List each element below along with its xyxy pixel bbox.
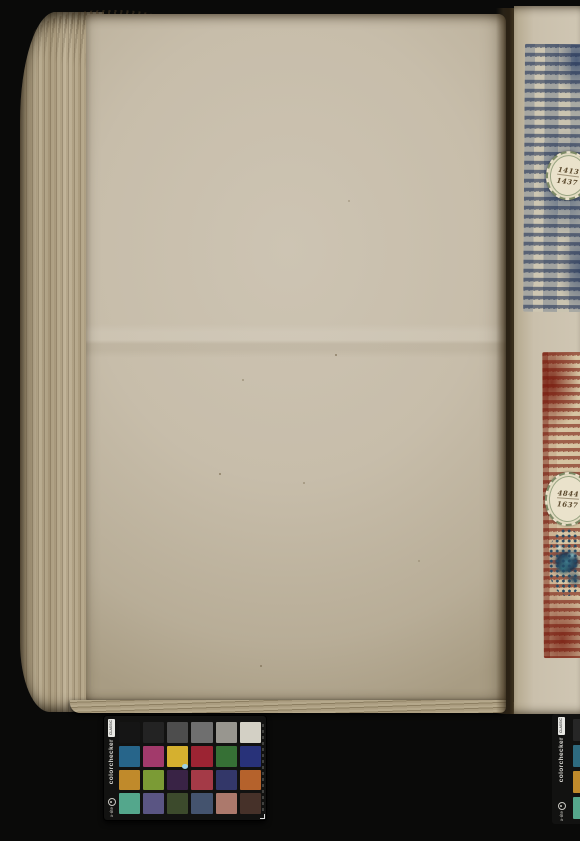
color-patch <box>143 793 164 814</box>
colorchecker-grid <box>119 722 261 814</box>
xrite-logo-text: x-rite <box>559 811 564 821</box>
xrite-logo-text: x-rite <box>109 807 114 817</box>
color-patch <box>240 770 261 791</box>
color-patch <box>216 770 237 791</box>
color-patch <box>119 770 140 791</box>
color-patch <box>119 793 140 814</box>
color-patch <box>119 722 140 743</box>
swatch-label: 1413 1437 <box>543 148 580 202</box>
color-patch <box>191 770 212 791</box>
color-patch <box>191 746 212 767</box>
colorchecker-branding: CLASSIC colorchecker x-rite <box>105 719 118 817</box>
foxing-speck <box>303 482 305 484</box>
colorchecker-partial-patches <box>573 719 580 819</box>
textile-swatch-blue: 1413 1437 <box>523 44 580 312</box>
page-bottom-edges <box>70 700 506 713</box>
facing-recto-page: 1413 1437 4844 1637 <box>514 6 580 714</box>
xrite-logo: x-rite <box>558 802 566 821</box>
color-patch <box>143 746 164 767</box>
foxing-speck <box>219 473 221 475</box>
color-patch <box>240 722 261 743</box>
color-patch <box>191 793 212 814</box>
foxing-speck <box>418 560 420 562</box>
swatch-label-number: 1437 <box>556 173 579 187</box>
color-patch-sliver <box>573 771 580 793</box>
color-patch <box>167 793 188 814</box>
color-patch <box>143 722 164 743</box>
color-patch <box>216 746 237 767</box>
foxing-speck <box>242 379 244 381</box>
swatch-label-number: 1637 <box>557 497 579 509</box>
colorchecker-brand-text: colorchecker <box>108 739 115 784</box>
xrite-logo: x-rite <box>108 798 116 817</box>
colorchecker-chart: CLASSIC colorchecker x-rite <box>104 716 266 820</box>
colorchecker-classic-badge: CLASSIC <box>558 717 565 735</box>
foxing-speck <box>260 665 262 667</box>
color-patch <box>119 746 140 767</box>
photograph: 1413 1437 4844 1637 CLASSIC colorchecker… <box>0 0 580 841</box>
foxing-speck <box>335 354 337 356</box>
color-patch-sliver <box>573 719 580 741</box>
sticker-dot <box>182 764 188 769</box>
color-patch <box>216 793 237 814</box>
colorchecker-classic-badge: CLASSIC <box>108 719 115 737</box>
colorchecker-chart-partial: CLASSIC colorchecker x-rite <box>552 714 580 824</box>
color-patch <box>240 793 261 814</box>
swatch-label: 4844 1637 <box>543 471 580 528</box>
floral-motif <box>548 528 580 596</box>
chart-corner-mark <box>260 814 265 819</box>
color-patch <box>167 722 188 743</box>
blank-verso-page <box>86 14 506 704</box>
color-patch <box>167 770 188 791</box>
fine-print-line <box>262 724 264 812</box>
color-patch <box>191 722 212 743</box>
color-patch-sliver <box>573 797 580 819</box>
color-patch <box>240 746 261 767</box>
colorchecker-brand-text: colorchecker <box>558 737 565 782</box>
color-patch <box>143 770 164 791</box>
xrite-logo-icon <box>558 802 566 810</box>
xrite-logo-icon <box>108 798 116 806</box>
color-patch-sliver <box>573 745 580 767</box>
color-patch <box>216 722 237 743</box>
colorchecker-branding: CLASSIC colorchecker x-rite <box>555 717 568 821</box>
foxing-speck <box>348 200 350 202</box>
textile-swatch-red: 4844 1637 <box>542 352 580 658</box>
